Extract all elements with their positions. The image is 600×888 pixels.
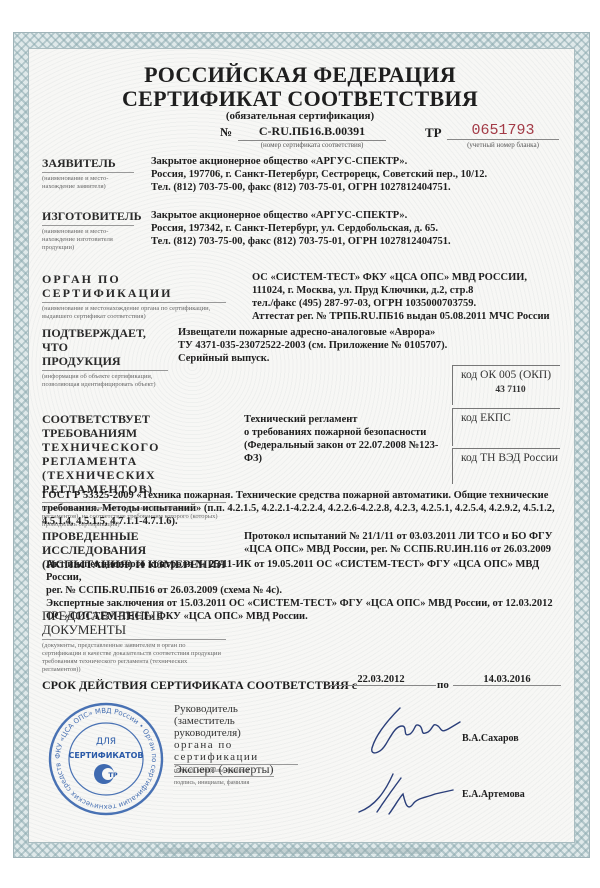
tr-label: ТР <box>425 125 442 141</box>
document-title: СЕРТИФИКАТ СООТВЕТСТВИЯ <box>0 86 600 112</box>
number-sign: № <box>220 125 232 140</box>
product-line: Извещатели пожарные адресно-аналоговые «… <box>178 326 478 339</box>
certificate-number: C-RU.ПБ16.В.00391 <box>238 124 386 141</box>
compliance-label: СООТВЕТСТВУЕТ ТРЕБОВАНИЯМ <box>42 412 226 440</box>
documents-label: ПРЕДСТАВЛЕННЫЕ ДОКУМЕНТЫ <box>42 609 226 640</box>
standard-text: ГОСТ Р 53325-2009 «Техника пожарная. Тех… <box>42 489 562 528</box>
manufacturer-label: ИЗГОТОВИТЕЛЬ <box>42 209 134 226</box>
cert-body-details: ОС «СИСТЕМ-ТЕСТ» ФКУ «ЦСА ОПС» МВД РОССИ… <box>252 271 572 323</box>
tests-line: Протокол испытаний № 21/1/11 от 03.03.20… <box>244 530 574 543</box>
manufacturer-line: Тел. (812) 703-75-00, факс (812) 703-75-… <box>151 235 571 248</box>
documents-caption: (документы, представленные заявителем в … <box>42 642 226 674</box>
product-caption: (информация об объекте сертификации, поз… <box>42 373 168 389</box>
handwritten-signature-icon <box>362 704 462 764</box>
manufacturer-line: Закрытое акционерное общество «АРГУС-СПЕ… <box>151 209 571 222</box>
product-details: Извещатели пожарные адресно-аналоговые «… <box>178 326 478 365</box>
stamp-logo-text: ТР <box>108 771 117 779</box>
product-label: ПРОДУКЦИЯ <box>42 354 168 371</box>
compliance-line: Технический регламент <box>244 413 454 426</box>
compliance-label: ТЕХНИЧЕСКОГО РЕГЛАМЕНТА <box>42 440 226 468</box>
blank-number: 0651793 <box>447 122 559 140</box>
handwritten-signature-icon <box>355 768 455 823</box>
compliance-line: (Федеральный закон от 22.07.2008 №123-ФЗ… <box>244 439 454 465</box>
certificate-number-caption: (номер сертификата соответствия) <box>238 141 386 149</box>
manufacturer-line: Россия, 197342, г. Санкт-Петербург, ул. … <box>151 222 571 235</box>
tnved-code-box: код ТН ВЭД России <box>452 448 560 484</box>
tnved-code-label: код ТН ВЭД России <box>461 452 560 464</box>
manufacturer-caption: (наименование и место-нахождение изготов… <box>42 228 134 252</box>
expert-caption: подпись, инициалы, фамилия <box>174 780 274 786</box>
applicant-line: Тел. (812) 703-75-00, факс (812) 703-75-… <box>151 181 571 194</box>
head-name: В.А.Сахаров <box>462 733 519 744</box>
product-label-block: ПОДТВЕРЖДАЕТ, ЧТО ПРОДУКЦИЯ (информация … <box>42 326 168 389</box>
tests-line: «ЦСА ОПС» МВД России, рег. № ССПБ.RU.ИН.… <box>244 543 574 556</box>
stamp-center-top: ДЛЯ <box>96 737 116 747</box>
product-label: ПОДТВЕРЖДАЕТ, ЧТО <box>42 326 168 354</box>
applicant-caption: (наименование и место-нахождение заявите… <box>42 175 134 191</box>
stamp-icon: ФКУ «ЦСА ОПС» МВД России • Орган по серт… <box>47 700 165 818</box>
cert-body-line: ОС «СИСТЕМ-ТЕСТ» ФКУ «ЦСА ОПС» МВД РОССИ… <box>252 271 572 284</box>
footer-microtext-strip <box>160 848 440 854</box>
cert-body-line: тел./факс (495) 287-97-03, ОГРН 10350007… <box>252 297 572 310</box>
validity-to-word: по <box>437 679 449 691</box>
expert-signature-block: Эксперт (эксперты) подпись, инициалы, фа… <box>174 763 274 786</box>
cert-body-label-block: ОРГАН ПО СЕРТИФИКАЦИИ (наименование и ме… <box>42 272 226 321</box>
ekps-code-label: код ЕКПС <box>461 412 560 424</box>
okp-code-label: код ОК 005 (ОКП) <box>461 369 560 381</box>
tests-details: Протокол испытаний № 21/1/11 от 03.03.20… <box>244 530 574 556</box>
validity-from-date: 22.03.2012 <box>326 674 436 686</box>
document-subtitle: (обязательная сертификация) <box>0 110 600 122</box>
cert-body-line: Аттестат рег. № ТРПБ.RU.ПБ16 выдан 05.08… <box>252 310 572 323</box>
okp-code-value: 43 7110 <box>461 385 560 395</box>
expert-signature <box>355 768 455 823</box>
applicant-line: Закрытое акционерное общество «АРГУС-СПЕ… <box>151 155 571 168</box>
applicant-label-block: ЗАЯВИТЕЛЬ (наименование и место-нахожден… <box>42 156 134 191</box>
applicant-line: Россия, 197706, г. Санкт-Петербург, Сест… <box>151 168 571 181</box>
applicant-details: Закрытое акционерное общество «АРГУС-СПЕ… <box>151 155 571 194</box>
product-line: Серийный выпуск. <box>178 352 478 365</box>
stamp-center-main: СЕРТИФИКАТОВ <box>68 751 143 760</box>
head-role: (заместитель руководителя) <box>174 715 298 739</box>
blank-number-caption: (учетный номер бланка) <box>447 141 559 149</box>
tests-label: ПРОВЕДЕННЫЕ ИССЛЕДОВАНИЯ <box>42 529 232 557</box>
applicant-label: ЗАЯВИТЕЛЬ <box>42 156 134 173</box>
head-role: Руководитель <box>174 703 298 715</box>
expert-role: Эксперт (эксперты) <box>174 763 274 777</box>
cert-body-label: ОРГАН ПО СЕРТИФИКАЦИИ <box>42 272 226 303</box>
validity-label: СРОК ДЕЙСТВИЯ СЕРТИФИКАТА СООТВЕТСТВИЯ с <box>42 678 357 693</box>
validity-label-text: СРОК ДЕЙСТВИЯ СЕРТИФИКАТА СООТВЕТСТВИЯ <box>42 678 349 692</box>
cert-body-caption: (наименование и местонахождение органа п… <box>42 305 226 321</box>
official-stamp: ФКУ «ЦСА ОПС» МВД России • Орган по серт… <box>47 700 165 818</box>
okp-code-box: код ОК 005 (ОКП) 43 7110 <box>452 365 560 405</box>
tests-paragraph-line: Акт инспекционного контроля № 25/11-ИК о… <box>46 558 566 584</box>
ekps-code-box: код ЕКПС <box>452 408 560 446</box>
expert-name: Е.А.Артемова <box>462 789 525 800</box>
validity-to-date: 14.03.2016 <box>453 674 561 686</box>
tests-paragraph-line: рег. № ССПБ.RU.ПБ16 от 26.03.2009 (схема… <box>46 584 566 597</box>
cert-body-line: 111024, г. Москва, ул. Пруд Ключики, д.2… <box>252 284 572 297</box>
manufacturer-label-block: ИЗГОТОВИТЕЛЬ (наименование и место-нахож… <box>42 209 134 252</box>
manufacturer-details: Закрытое акционерное общество «АРГУС-СПЕ… <box>151 209 571 248</box>
documents-label-block: ПРЕДСТАВЛЕННЫЕ ДОКУМЕНТЫ (документы, пре… <box>42 609 226 674</box>
compliance-details: Технический регламент о требованиях пожа… <box>244 413 454 465</box>
country-title: РОССИЙСКАЯ ФЕДЕРАЦИЯ <box>0 62 600 88</box>
product-line: ТУ 4371-035-23072522-2003 (см. Приложени… <box>178 339 478 352</box>
compliance-line: о требованиях пожарной безопасности <box>244 426 454 439</box>
head-signature <box>362 704 462 764</box>
